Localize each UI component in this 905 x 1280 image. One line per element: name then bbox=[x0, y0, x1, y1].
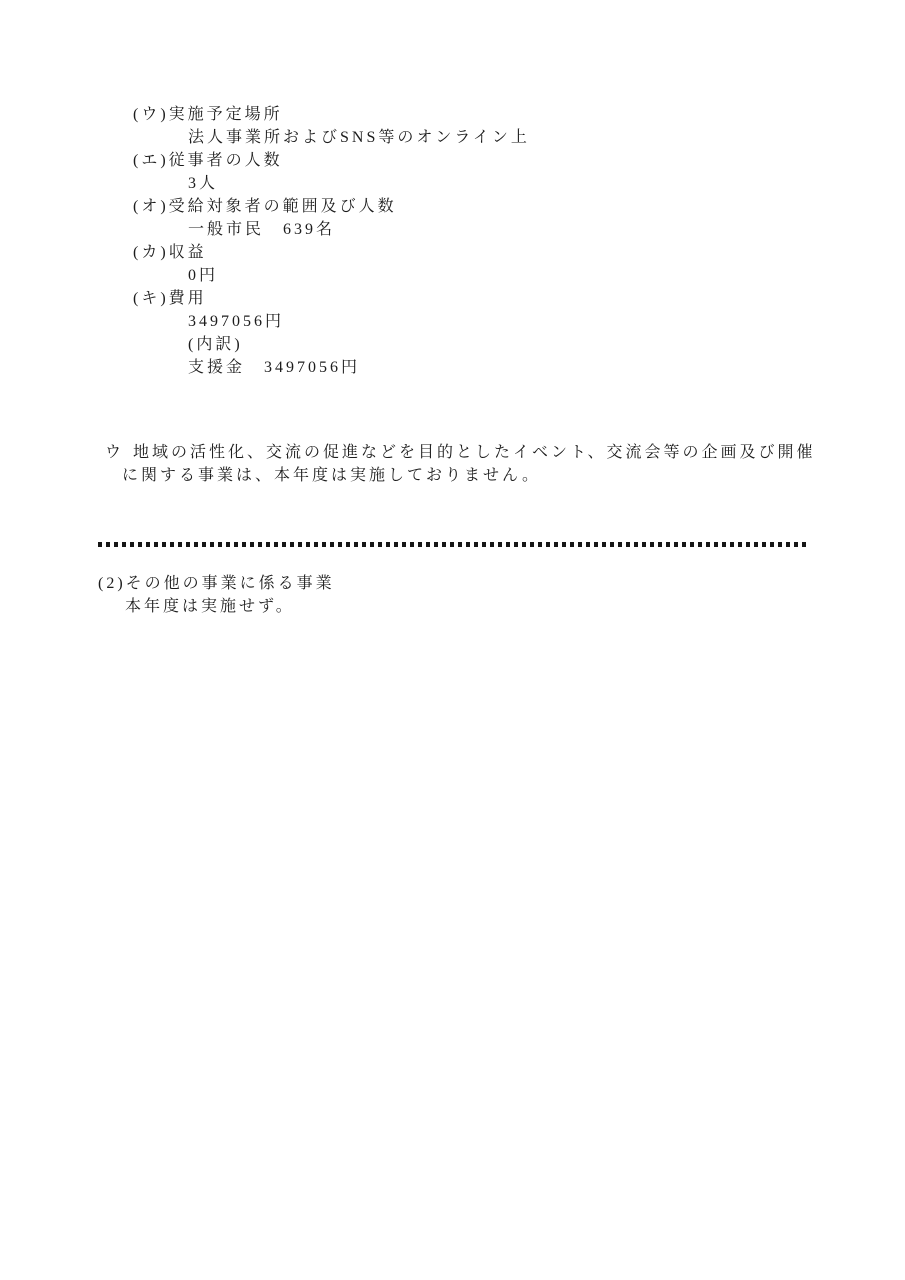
note-paragraph-line2: に関する事業は、本年度は実施しておりません。 bbox=[105, 464, 816, 487]
item-value: 3497056円 bbox=[133, 310, 530, 333]
item-label: (キ)費用 bbox=[133, 287, 530, 310]
item-value: 支援金 3497056円 bbox=[133, 356, 530, 379]
section-2-heading: (2)その他の事業に係る事業 bbox=[98, 572, 335, 595]
dotted-divider bbox=[98, 542, 808, 547]
item-value: 0円 bbox=[133, 264, 530, 287]
section-2: (2)その他の事業に係る事業 本年度は実施せず。 bbox=[98, 572, 335, 618]
item-label: (カ)収益 bbox=[133, 241, 530, 264]
item-value: 法人事業所およびSNS等のオンライン上 bbox=[133, 126, 530, 149]
business-detail-list: (ウ)実施予定場所 法人事業所およびSNS等のオンライン上 (エ)従事者の人数 … bbox=[133, 103, 530, 379]
item-value: 一般市民 639名 bbox=[133, 218, 530, 241]
item-label: (オ)受給対象者の範囲及び人数 bbox=[133, 195, 530, 218]
list-marker: ウ bbox=[105, 441, 133, 464]
item-label: (ウ)実施予定場所 bbox=[133, 103, 530, 126]
note-paragraph-line1: ウ地域の活性化、交流の促進などを目的としたイベント、交流会等の企画及び開催 bbox=[105, 441, 816, 464]
section-2-body: 本年度は実施せず。 bbox=[98, 595, 335, 618]
note-paragraph: ウ地域の活性化、交流の促進などを目的としたイベント、交流会等の企画及び開催 に関… bbox=[105, 441, 816, 487]
item-value: 3人 bbox=[133, 172, 530, 195]
document-page: (ウ)実施予定場所 法人事業所およびSNS等のオンライン上 (エ)従事者の人数 … bbox=[0, 0, 905, 1280]
note-paragraph-text: 地域の活性化、交流の促進などを目的としたイベント、交流会等の企画及び開催 bbox=[133, 444, 816, 461]
item-label: (エ)従事者の人数 bbox=[133, 149, 530, 172]
item-value: (内訳) bbox=[133, 333, 530, 356]
